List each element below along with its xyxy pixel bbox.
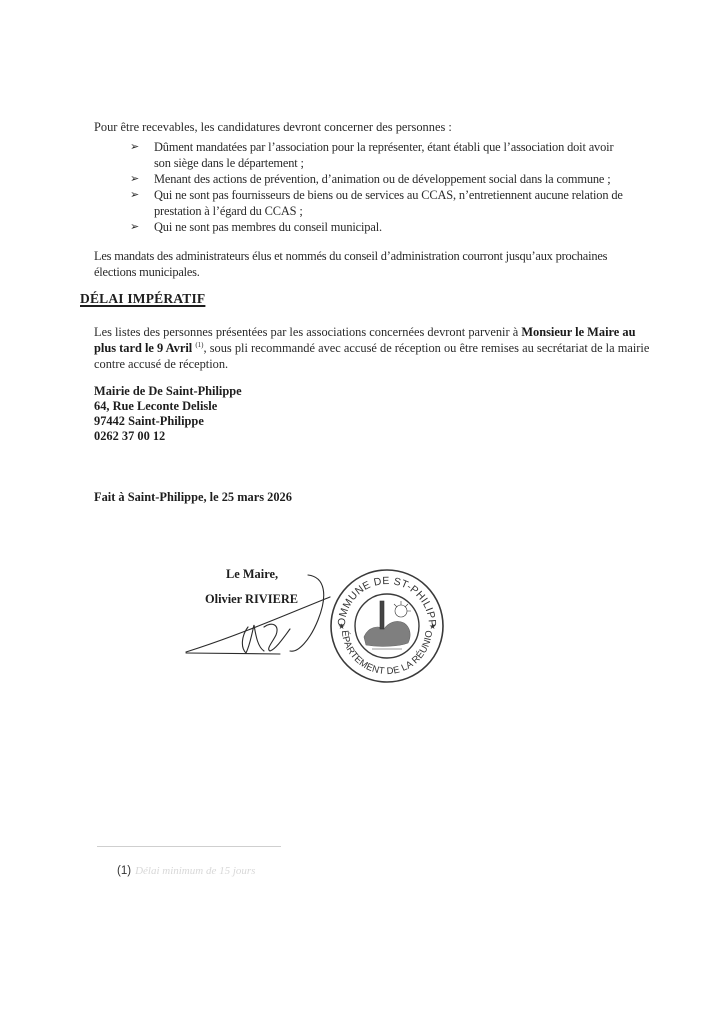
- footnote: (1)Délai minimum de 15 jours: [117, 864, 255, 878]
- address-line: Mairie de De Saint-Philippe: [94, 384, 242, 399]
- signatory-title: Le Maire,: [226, 566, 278, 582]
- footnote-divider: [97, 846, 281, 847]
- criteria-item: ➢Qui ne sont pas membres du conseil muni…: [130, 219, 630, 235]
- arrowhead-bullet-icon: ➢: [130, 171, 139, 187]
- svg-text:★: ★: [429, 622, 436, 631]
- criteria-item: ➢Qui ne sont pas fournisseurs de biens o…: [130, 187, 630, 219]
- arrowhead-bullet-icon: ➢: [130, 139, 139, 155]
- footnote-text: Délai minimum de 15 jours: [135, 865, 255, 877]
- deadline-heading: DÉLAI IMPÉRATIF: [80, 291, 205, 307]
- address-phone: 0262 37 00 12: [94, 429, 242, 444]
- criteria-item: ➢Menant des actions de prévention, d’ani…: [130, 171, 630, 187]
- mairie-address: Mairie de De Saint-Philippe 64, Rue Leco…: [94, 384, 242, 444]
- footnote-number: (1): [117, 865, 131, 877]
- svg-text:★: ★: [338, 622, 345, 631]
- deadline-paragraph: Les listes des personnes présentées par …: [94, 324, 654, 372]
- criteria-item: ➢Dûment mandatées par l’association pour…: [130, 139, 630, 171]
- municipal-seal-icon: COMMUNE DE ST-PHILIPPE DÉPARTEMENT DE LA…: [328, 567, 446, 685]
- arrowhead-bullet-icon: ➢: [130, 187, 139, 203]
- arrowhead-bullet-icon: ➢: [130, 219, 139, 235]
- place-date: Fait à Saint-Philippe, le 25 mars 2026: [94, 489, 292, 505]
- footnote-ref: (1): [195, 341, 203, 349]
- address-line: 64, Rue Leconte Delisle: [94, 399, 242, 414]
- signatory-name: Olivier RIVIERE: [205, 591, 298, 607]
- intro-paragraph: Pour être recevables, les candidatures d…: [94, 119, 654, 135]
- criteria-list: ➢Dûment mandatées par l’association pour…: [130, 139, 630, 235]
- mandats-paragraph: Les mandats des administrateurs élus et …: [94, 248, 614, 280]
- address-line: 97442 Saint-Philippe: [94, 414, 242, 429]
